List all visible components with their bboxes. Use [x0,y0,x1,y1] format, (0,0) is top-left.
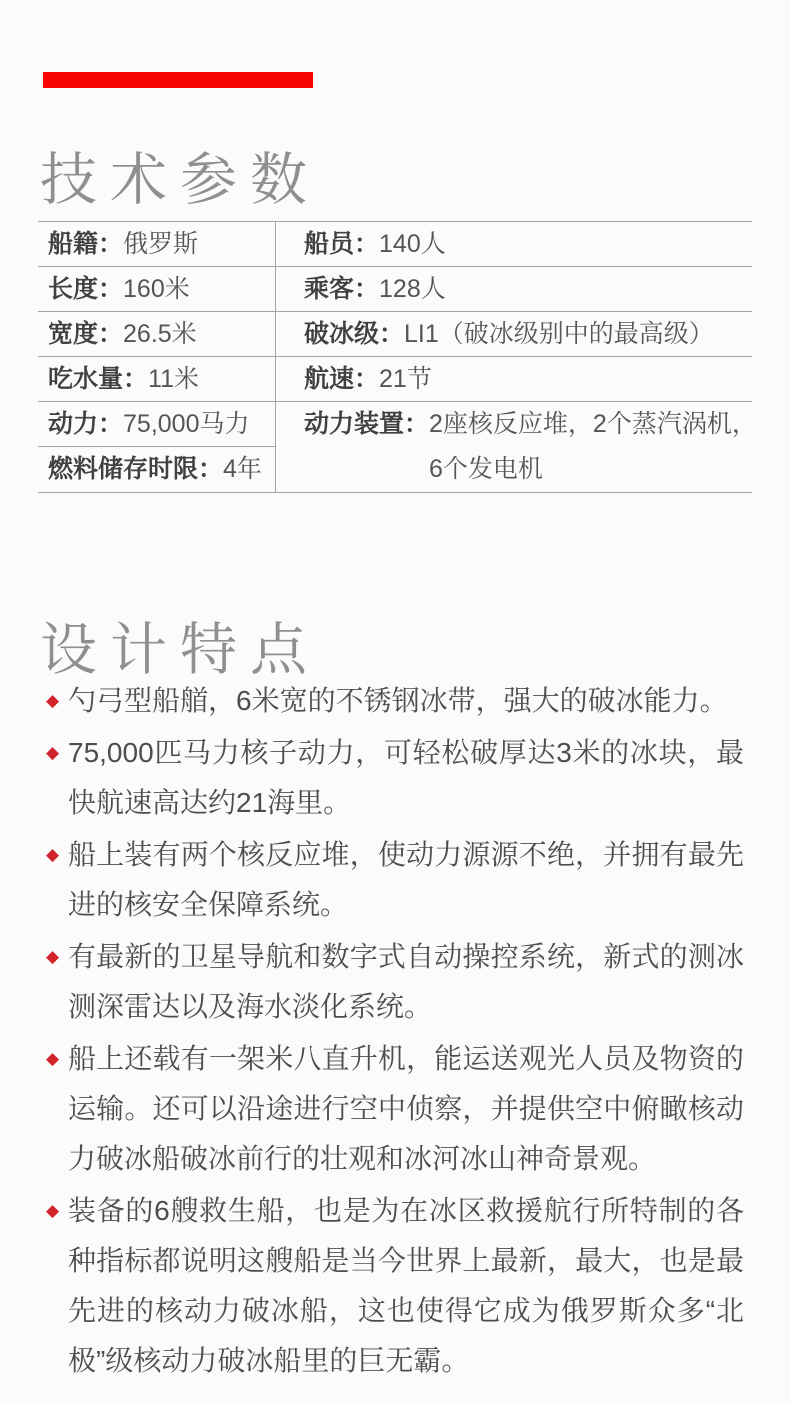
spec-row: 船籍：俄罗斯 [38,222,275,267]
spec-row: 燃料储存时限：4年 [38,447,275,492]
diamond-bullet-icon: ◆ [46,830,66,880]
feature-text: 有最新的卫星导航和数字式自动操控系统，新式的测冰测深雷达以及海水淡化系统。 [68,941,744,1022]
feature-list-item: ◆ 船上装有两个核反应堆，使动力源源不绝，并拥有最先进的核安全保障系统。 [46,830,744,930]
feature-list-item: ◆ 75,000匹马力核子动力，可轻松破厚达3米的冰块，最快航速高达约21海里。 [46,728,744,828]
spec-value: LI1（破冰级别中的最高级） [404,320,714,348]
spec-row: 航速：21节 [276,357,752,402]
spec-value: 140人 [379,230,446,258]
spec-label: 船员： [304,230,379,258]
spec-value: 俄罗斯 [123,230,198,258]
feature-list-item: ◆ 装备的6艘救生船，也是为在冰区救援航行所特制的各种指标都说明这艘船是当今世界… [46,1186,744,1386]
feature-text: 装备的6艘救生船，也是为在冰区救援航行所特制的各种指标都说明这艘船是当今世界上最… [68,1195,744,1376]
spec-value: 11米 [148,365,199,393]
spec-label: 动力： [48,410,123,438]
spec-right-rows: 船员：140人 乘客：128人 破冰级：LI1（破冰级别中的最高级） 航速：21… [276,222,752,402]
spec-row: 破冰级：LI1（破冰级别中的最高级） [276,312,752,357]
feature-text: 勺弓型船艏，6米宽的不锈钢冰带，强大的破冰能力。 [68,685,728,716]
feature-text: 船上装有两个核反应堆，使动力源源不绝，并拥有最先进的核安全保障系统。 [68,839,744,920]
tech-specs-title: 技术参数 [40,146,320,214]
spec-value: 75,000马力 [123,410,249,438]
tech-specs-table: 船籍：俄罗斯 长度：160米 宽度：26.5米 吃水量：11米 动力：75,00… [38,221,752,493]
diamond-bullet-icon: ◆ [46,1034,66,1084]
spec-label: 吃水量： [48,365,148,393]
spec-label: 破冰级： [304,320,404,348]
spec-label: 船籍： [48,230,123,258]
feature-list-item: ◆ 有最新的卫星导航和数字式自动操控系统，新式的测冰测深雷达以及海水淡化系统。 [46,932,744,1032]
spec-value: 2座核反应堆，2个蒸汽涡机， [429,410,752,438]
spec-row: 动力：75,000马力 [38,402,275,447]
spec-value-continued: 6个发电机 [429,455,543,483]
spec-table-left-column: 船籍：俄罗斯 长度：160米 宽度：26.5米 吃水量：11米 动力：75,00… [38,222,275,492]
feature-list-item: ◆ 勺弓型船艏，6米宽的不锈钢冰带，强大的破冰能力。 [46,676,744,726]
spec-row: 宽度：26.5米 [38,312,275,357]
design-features-list: ◆ 勺弓型船艏，6米宽的不锈钢冰带，强大的破冰能力。 ◆ 75,000匹马力核子… [46,676,744,1388]
spec-row: 乘客：128人 [276,267,752,312]
article-page: 技术参数 船籍：俄罗斯 长度：160米 宽度：26.5米 吃水量：11米 [0,0,790,1405]
diamond-bullet-icon: ◆ [46,728,66,778]
spec-label: 宽度： [48,320,123,348]
spec-label: 航速： [304,365,379,393]
feature-list-item: ◆ 船上还载有一架米八直升机，能运送观光人员及物资的运输。还可以沿途进行空中侦察… [46,1034,744,1184]
spec-value: 26.5米 [123,320,197,348]
spec-label: 长度： [48,275,123,303]
spec-value: 160米 [123,275,190,303]
spec-label: 乘客： [304,275,379,303]
spec-table-right-column: 船员：140人 乘客：128人 破冰级：LI1（破冰级别中的最高级） 航速：21… [275,222,752,492]
spec-row: 吃水量：11米 [38,357,275,402]
spec-row-power-plant: 动力装置：2座核反应堆，2个蒸汽涡机， 6个发电机 [276,402,752,492]
spec-label: 动力装置： [304,410,429,438]
red-accent-bar [43,72,313,88]
spec-row: 船员：140人 [276,222,752,267]
diamond-bullet-icon: ◆ [46,676,66,726]
diamond-bullet-icon: ◆ [46,932,66,982]
spec-value: 128人 [379,275,446,303]
diamond-bullet-icon: ◆ [46,1186,66,1236]
spec-value: 4年 [223,455,262,483]
spec-row: 长度：160米 [38,267,275,312]
feature-text: 75,000匹马力核子动力，可轻松破厚达3米的冰块，最快航速高达约21海里。 [68,737,744,818]
spec-value: 21节 [379,365,432,393]
feature-text: 船上还载有一架米八直升机，能运送观光人员及物资的运输。还可以沿途进行空中侦察，并… [68,1043,744,1174]
design-features-title: 设计特点 [40,616,320,684]
spec-label: 燃料储存时限： [48,455,223,483]
